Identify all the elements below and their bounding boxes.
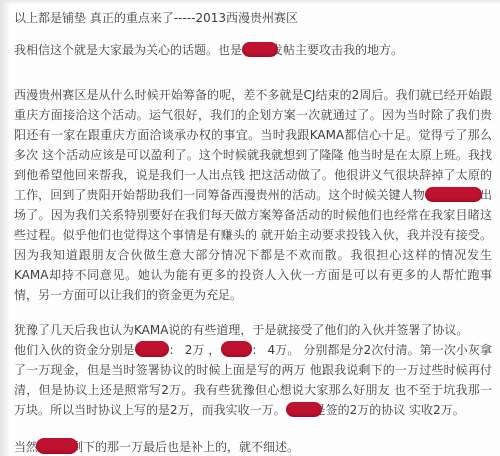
main-text-before-redaction: 西漫贵州赛区是从什么时候开始筹备的呢，差不多就是CJ结束的2周后。我们就已经开始…	[14, 88, 492, 202]
final-text-after-redaction: 剩下的那一万最后也是补上的，就不细述。	[71, 440, 299, 454]
article-body: 以上都是铺垫 真正的重点来了-----2013西漫贵州赛区 我相信这个就是大家最…	[0, 0, 500, 456]
agreement-text-after-third-redaction: 是签的2万的协议 实收2万。	[314, 403, 465, 417]
paragraph-intro: 我相信这个就是大家最为关心的话题。也是发帖主要攻击我的地方。	[14, 40, 492, 60]
redaction-block	[221, 341, 252, 357]
redaction-block	[242, 42, 278, 57]
redaction-block	[135, 341, 169, 357]
final-text-before-redaction: 当然	[14, 440, 38, 454]
title-text: 以上都是铺垫 真正的重点来了-----2013西漫贵州赛区	[14, 11, 298, 25]
paragraph-main: 西漫贵州赛区是从什么时候开始筹备的呢，差不多就是CJ结束的2周后。我们就已经开始…	[14, 85, 492, 305]
paragraph-agreement: 犹豫了几天后我也认为KAMA说的有些道理，于是就接受了他们的入伙并签署了协议。他…	[14, 320, 492, 420]
main-text-after-redaction: 出场了。因为我们关系特别要好在我们每天做方案筹备活动的时候他们也经常在我家目睹这…	[14, 188, 492, 302]
paragraph-final: 当然剩下的那一万最后也是补上的，就不细述。	[14, 437, 492, 456]
title-line: 以上都是铺垫 真正的重点来了-----2013西漫贵州赛区	[14, 8, 492, 28]
intro-text-before-redaction: 我相信这个就是大家最为关心的话题。也是	[14, 43, 242, 57]
agreement-text-before-first-redaction: 他们入伙的资金分别是	[14, 343, 135, 357]
redaction-block	[36, 438, 78, 454]
agreement-text-between-redactions: ： 2万 ，	[169, 343, 221, 357]
redaction-block	[425, 187, 482, 202]
intro-text-after-redaction: 发帖主要攻击我的地方。	[271, 43, 403, 57]
agreement-line1: 犹豫了几天后我也认为KAMA说的有些道理，于是就接受了他们的入伙并签署了协议。	[14, 323, 468, 337]
redaction-block	[286, 402, 322, 417]
